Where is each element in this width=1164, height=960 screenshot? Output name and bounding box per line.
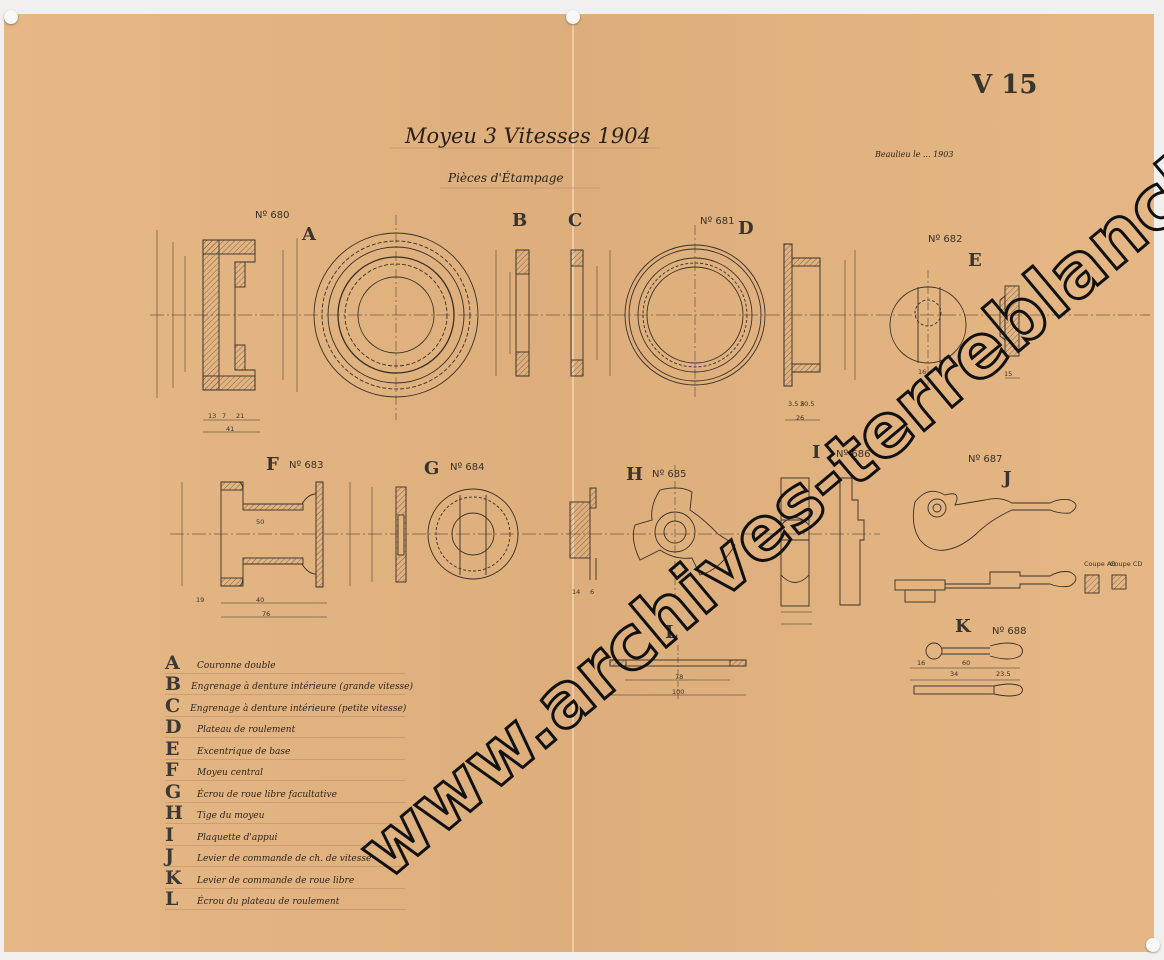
part-f-section: [182, 482, 350, 617]
svg-text:76: 76: [262, 610, 270, 618]
part-d-section: [784, 244, 855, 420]
legend-item: GÉcrou de roue libre facultative: [165, 781, 405, 803]
legend-letter: G: [165, 782, 187, 802]
legend-text: Moyeu central: [197, 768, 263, 780]
legend-text: Tige du moyeu: [197, 811, 264, 823]
legend-text: Engrenage à denture intérieure (grande v…: [191, 682, 413, 694]
legend-item: CEngrenage à denture intérieure (petite …: [165, 695, 405, 717]
svg-text:Coupe CD: Coupe CD: [1110, 560, 1142, 568]
legend-text: Écrou de roue libre facultative: [197, 790, 337, 802]
legend-letter: L: [165, 889, 187, 909]
legend-item: LÉcrou du plateau de roulement: [165, 889, 405, 911]
svg-text:50: 50: [256, 518, 264, 526]
legend-item: EExcentrique de base: [165, 738, 405, 760]
svg-text:23.5: 23.5: [996, 670, 1010, 678]
legend-letter: H: [165, 803, 187, 823]
svg-text:F: F: [266, 454, 279, 475]
svg-text:D: D: [738, 218, 754, 239]
parts-legend: ACouronne double BEngrenage à denture in…: [165, 652, 405, 910]
svg-text:Nº 682: Nº 682: [928, 234, 962, 245]
legend-letter: A: [165, 653, 187, 673]
svg-text:Nº 683: Nº 683: [289, 460, 323, 471]
legend-letter: F: [165, 760, 187, 780]
svg-text:E: E: [968, 250, 982, 271]
svg-text:60: 60: [962, 659, 970, 667]
legend-letter: B: [165, 674, 181, 694]
svg-text:Nº 688: Nº 688: [992, 626, 1026, 637]
svg-text:100: 100: [672, 688, 684, 696]
svg-text:26: 26: [796, 414, 804, 422]
part-b-section: [496, 250, 529, 376]
svg-text:J: J: [1001, 468, 1012, 489]
legend-letter: J: [165, 846, 187, 866]
svg-text:A: A: [301, 224, 317, 245]
legend-item: KLevier de commande de roue libre: [165, 867, 405, 889]
legend-item: DPlateau de roulement: [165, 717, 405, 739]
svg-text:19: 19: [196, 596, 204, 604]
svg-text:Nº 685: Nº 685: [652, 469, 686, 480]
part-d-front-view: [625, 225, 765, 400]
svg-text:21: 21: [236, 412, 244, 420]
legend-text: Levier de commande de ch. de vitesse: [197, 854, 371, 866]
svg-text:Nº 687: Nº 687: [968, 454, 1002, 465]
svg-text:14: 14: [572, 588, 580, 596]
svg-text:B: B: [512, 210, 527, 231]
legend-text: Excentrique de base: [197, 747, 290, 759]
legend-text: Couronne double: [197, 661, 276, 673]
legend-text: Plaquette d'appui: [197, 833, 277, 845]
part-a-section: [157, 230, 297, 432]
legend-text: Levier de commande de roue libre: [197, 876, 354, 888]
svg-text:41: 41: [226, 425, 234, 433]
svg-text:7: 7: [222, 412, 226, 420]
svg-text:78: 78: [675, 673, 683, 681]
svg-text:40: 40: [256, 596, 264, 604]
svg-text:K: K: [955, 616, 972, 637]
svg-text:20.5: 20.5: [800, 400, 814, 408]
legend-item: FMoyeu central: [165, 760, 405, 782]
svg-text:C: C: [568, 210, 582, 231]
part-j-views: [895, 491, 1126, 602]
svg-text:Nº 680: Nº 680: [255, 210, 289, 221]
svg-text:13: 13: [208, 412, 216, 420]
svg-text:Nº 684: Nº 684: [450, 462, 484, 473]
part-a-front-view: [314, 215, 478, 420]
legend-text: Plateau de roulement: [197, 725, 295, 737]
svg-text:G: G: [424, 458, 439, 479]
legend-text: Engrenage à denture intérieure (petite v…: [190, 704, 406, 716]
legend-item: BEngrenage à denture intérieure (grande …: [165, 674, 405, 696]
legend-text: Écrou du plateau de roulement: [197, 897, 339, 909]
svg-text:34: 34: [950, 670, 958, 678]
legend-letter: K: [165, 868, 187, 888]
legend-letter: D: [165, 717, 187, 737]
part-c-section: [571, 250, 610, 376]
legend-letter: E: [165, 739, 187, 759]
svg-text:Nº 681: Nº 681: [700, 216, 734, 227]
legend-letter: I: [165, 825, 187, 845]
legend-letter: C: [165, 696, 180, 716]
svg-text:16: 16: [917, 659, 925, 667]
legend-item: ACouronne double: [165, 652, 405, 674]
svg-text:6: 6: [590, 588, 594, 596]
part-g-views: [372, 487, 518, 582]
svg-text:H: H: [626, 464, 643, 485]
